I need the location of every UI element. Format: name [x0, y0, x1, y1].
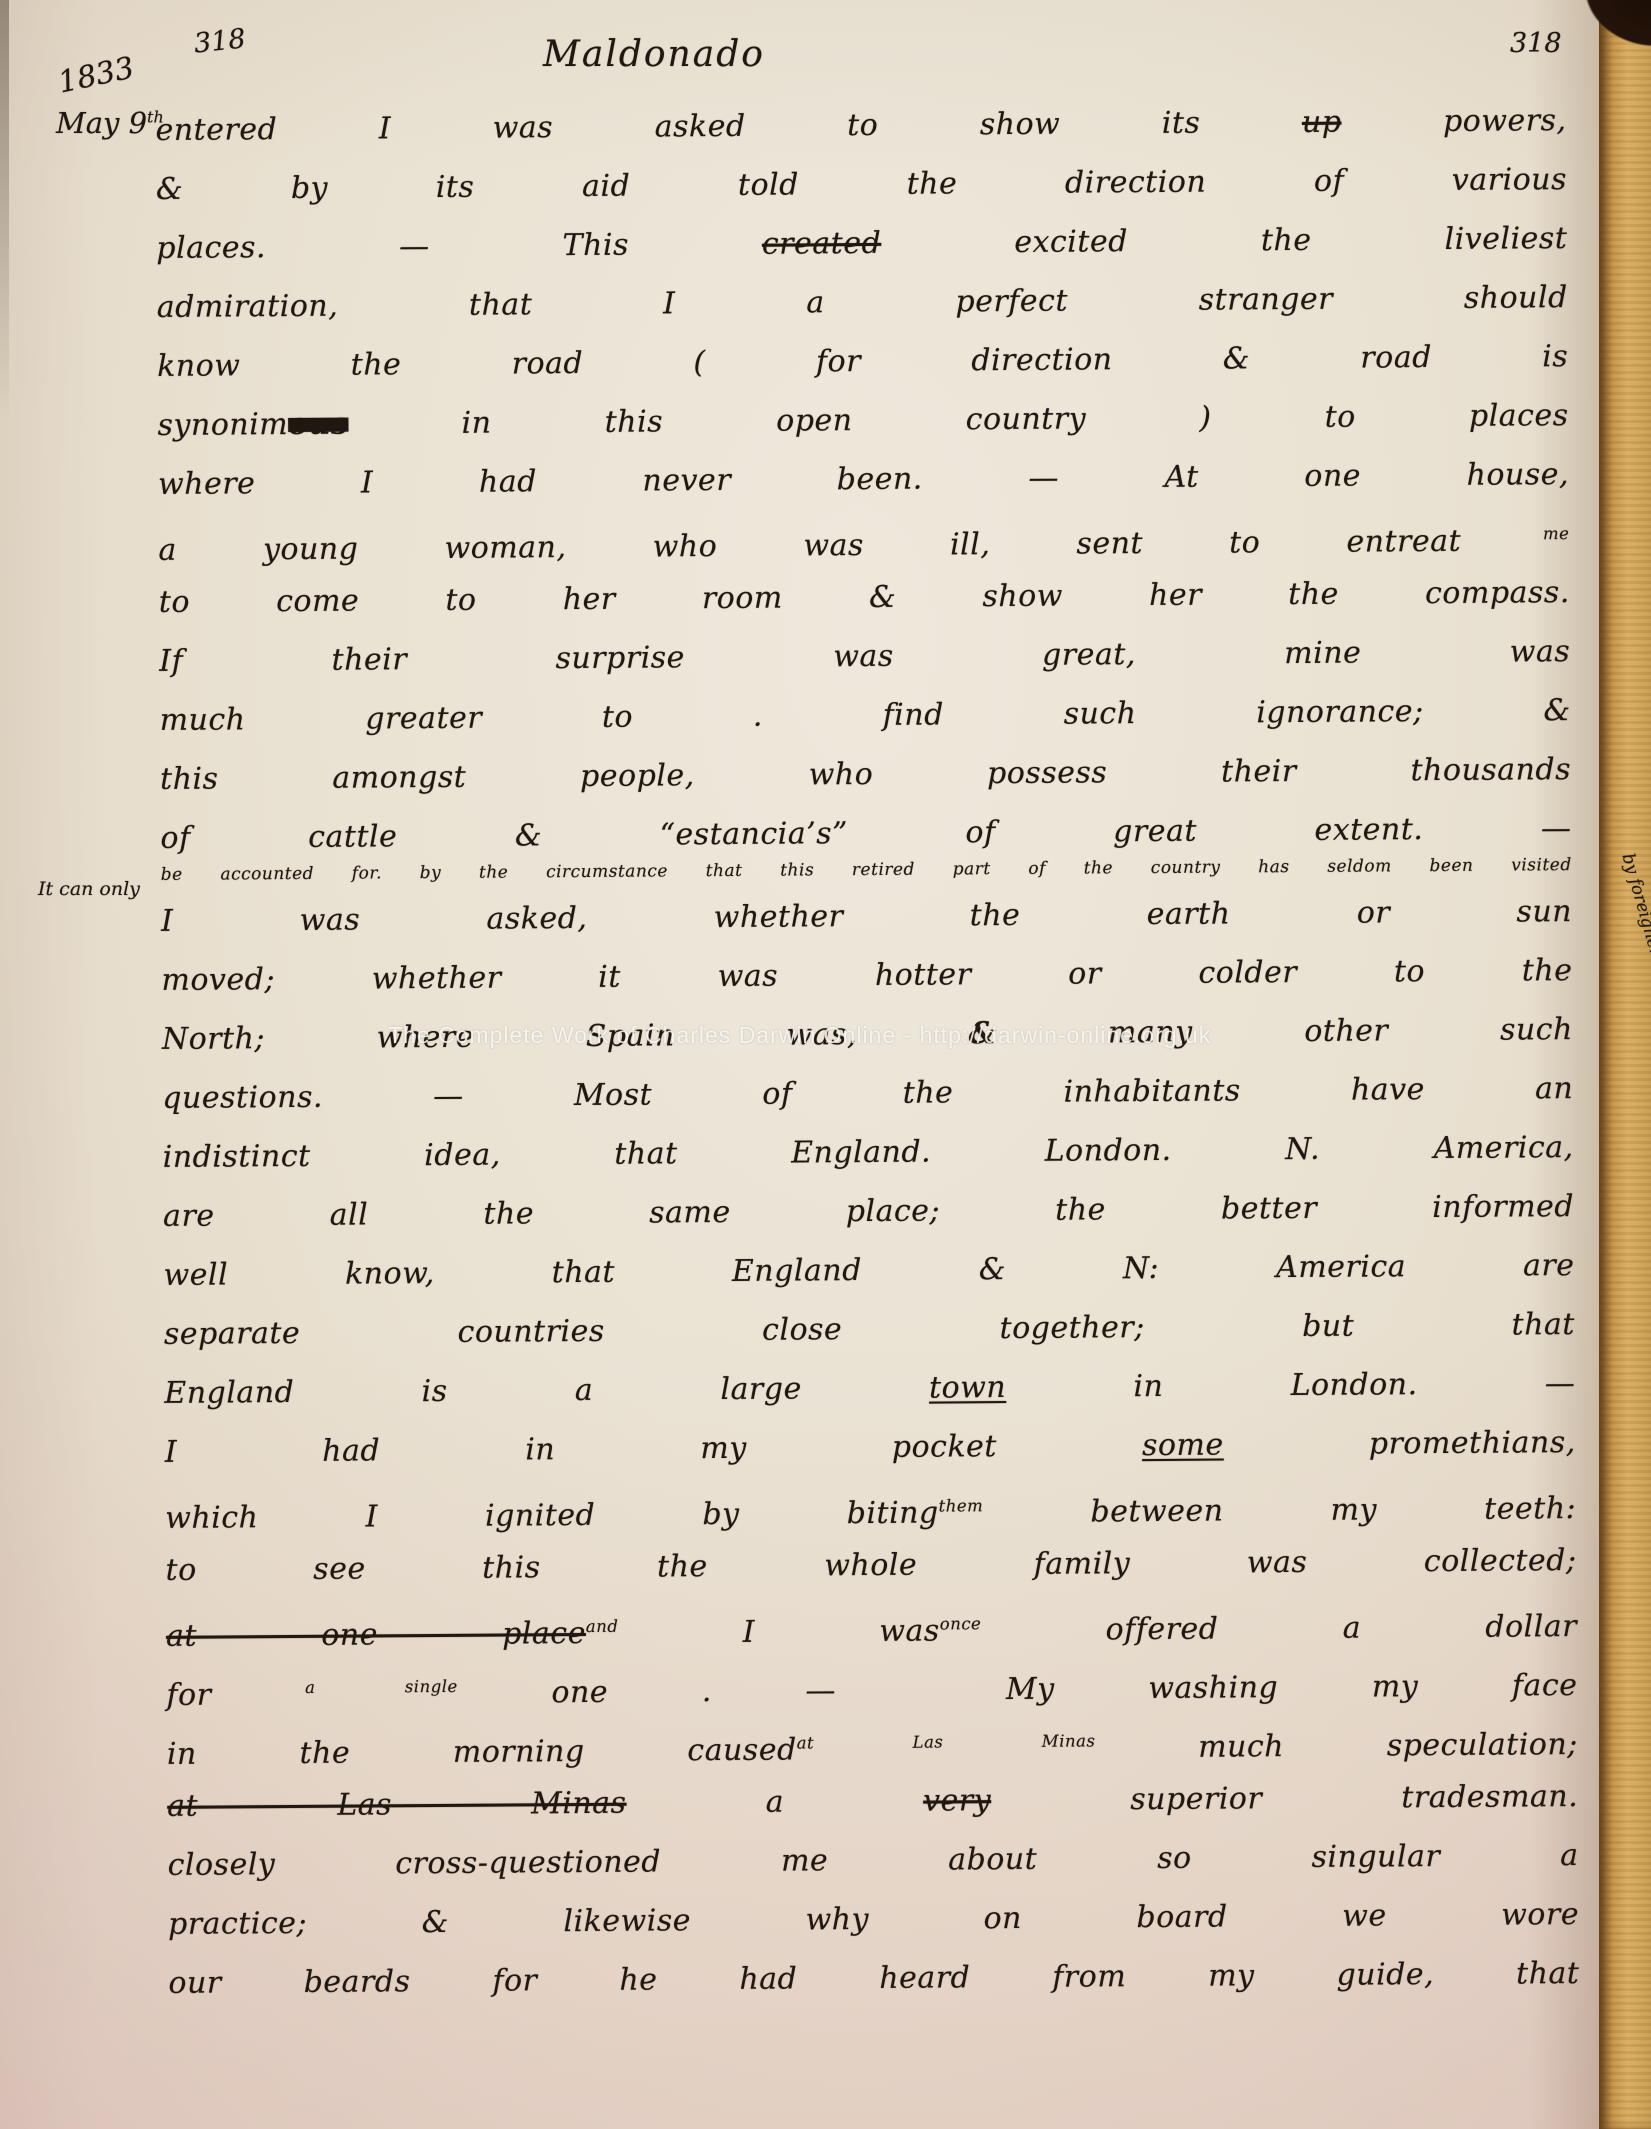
manuscript-text-segment: questions. — Most of the inhabitants hav…: [162, 1071, 1573, 1116]
page-title: Maldonado: [543, 34, 765, 75]
manuscript-text-segment: much speculation;: [1095, 1727, 1578, 1765]
manuscript-line: practice; & likewise why on board we wor…: [168, 1887, 1579, 1956]
manuscript-line: I had in my pocket some promethians,: [165, 1415, 1576, 1484]
manuscript-text-segment: superior tradesman.: [991, 1779, 1578, 1818]
manuscript-text-segment: If their surprise was great, mine was: [159, 634, 1570, 679]
watermark-text: The Complete Work of Charles Darwin Onli…: [388, 1022, 1211, 1049]
manuscript-text-segment: ous: [288, 407, 348, 442]
manuscript-text-segment: up: [1302, 105, 1342, 140]
manuscript-text-segment: at Las Minas: [797, 1731, 1096, 1752]
manuscript-lines: entered I was asked to show its up power…: [155, 93, 1579, 2015]
manuscript-line: our beards for he had heard from my guid…: [168, 1946, 1579, 2015]
manuscript-text-segment: moved; whether it was hotter or colder t…: [161, 953, 1572, 998]
manuscript-text-segment: this amongst people, who possess their t…: [160, 752, 1571, 797]
manuscript-text-segment: much greater to . find such ignorance; &: [160, 693, 1571, 738]
manuscript-line: in the morning causedat Las Minas much s…: [167, 1710, 1578, 1779]
manuscript-line: closely cross-questioned me about so sin…: [167, 1828, 1578, 1897]
manuscript-text-segment: entered I was asked to show its: [155, 105, 1302, 148]
margin-note: It can only: [38, 878, 140, 900]
manuscript-text-segment: synonim: [157, 407, 288, 443]
manuscript-text-segment: of cattle & “estancia’s” of great extent…: [160, 811, 1571, 856]
manuscript-text-segment: town: [929, 1370, 1006, 1406]
manuscript-line: to see this the whole family was collect…: [165, 1533, 1576, 1602]
year-label: 1833: [55, 50, 137, 100]
manuscript-text-segment: to see this the whole family was collect…: [165, 1543, 1576, 1588]
manuscript-text-segment: very: [923, 1783, 991, 1818]
page-number-right: 318: [1510, 28, 1562, 59]
manuscript-text-segment: a young woman, who was ill, sent to entr…: [158, 524, 1461, 568]
manuscript-line: I was asked, whether the earth or sun: [161, 884, 1572, 953]
manuscript-text-segment: promethians,: [1224, 1425, 1576, 1462]
manuscript-text-segment: at Las Minas: [167, 1786, 627, 1824]
manuscript-line: well know, that England & N: America are: [163, 1238, 1574, 1307]
manuscript-text-segment: me: [1461, 524, 1569, 544]
manuscript-text-segment: I was asked, whether the earth or sun: [161, 894, 1572, 939]
manuscript-line: for a single one . —My washing my face: [166, 1651, 1577, 1720]
manuscript-line: admiration, that I a perfect stranger sh…: [157, 270, 1568, 339]
manuscript-text-segment: England is a large: [164, 1371, 929, 1411]
margin-date-text: May 9: [56, 106, 147, 140]
manuscript-text-segment: some: [1142, 1428, 1224, 1464]
manuscript-text-segment: admiration, that I a perfect stranger sh…: [157, 280, 1568, 325]
manuscript-text-segment: at one place: [166, 1616, 586, 1654]
manuscript-text-segment: My washing my face: [1006, 1668, 1578, 1707]
manuscript-line: synonimous in this open country ) to pla…: [157, 388, 1568, 457]
manuscript-text-segment: a single: [305, 1677, 458, 1697]
manuscript-line: much greater to . find such ignorance; &: [159, 683, 1570, 752]
manuscript-line: England is a large town in London. —: [164, 1356, 1575, 1425]
manuscript-text-segment: practice; & likewise why on board we wor…: [168, 1897, 1579, 1942]
manuscript-text-segment: a: [626, 1784, 923, 1821]
manuscript-text-segment: our beards for he had heard from my guid…: [168, 1956, 1579, 2001]
manuscript-line: indistinct idea, that England. London. N…: [163, 1120, 1574, 1189]
manuscript-text-segment: them: [939, 1496, 984, 1515]
manuscript-line: If their surprise was great, mine was: [159, 624, 1570, 693]
manuscript-line: moved; whether it was hotter or colder t…: [161, 943, 1572, 1012]
manuscript-line: entered I was asked to show its up power…: [155, 93, 1566, 162]
page-number-left: 318: [193, 23, 248, 59]
manuscript-text-segment: in this open country ) to places: [348, 398, 1568, 442]
manuscript-line: which I ignited by bitingthem between my…: [165, 1474, 1576, 1543]
margin-date: May 9th: [56, 106, 164, 140]
manuscript-text-segment: places. — This: [156, 227, 762, 266]
manuscript-text-segment: closely cross-questioned me about so sin…: [168, 1838, 1579, 1883]
manuscript-text-segment: and: [586, 1617, 619, 1636]
book-page-edges: [1599, 0, 1651, 2129]
manuscript-line: questions. — Most of the inhabitants hav…: [162, 1061, 1573, 1130]
page-left-edge-shadow: [0, 0, 9, 420]
manuscript-text-segment: powers,: [1341, 103, 1566, 140]
manuscript-line: places. — This created excited the livel…: [156, 211, 1567, 280]
manuscript-text-segment: I was: [618, 1614, 940, 1651]
manuscript-text-segment: to come to her room & show her the compa…: [159, 575, 1570, 620]
manuscript-text-segment: offered a dollar: [981, 1609, 1577, 1648]
manuscript-line: to come to her room & show her the compa…: [159, 565, 1570, 634]
manuscript-text-segment: indistinct idea, that England. London. N…: [163, 1130, 1574, 1175]
manuscript-line: & by its aid told the direction of vario…: [156, 152, 1567, 221]
manuscript-text-segment: are all the same place; the better infor…: [163, 1189, 1574, 1234]
manuscript-line: where I had never been. — At one house,: [158, 447, 1569, 516]
manuscript-line: at Las Minas a very superior tradesman.: [167, 1769, 1578, 1838]
manuscript-text-segment: created: [762, 226, 882, 262]
manuscript-text-segment: one . —: [458, 1673, 836, 1711]
manuscript-text-segment: I had in my pocket: [165, 1428, 1142, 1470]
manuscript-text-segment: which I ignited by biting: [165, 1496, 939, 1536]
manuscript-text-segment: separate countries close together; but t…: [164, 1307, 1575, 1352]
manuscript-text-segment: be accounted for. by the circumstance th…: [161, 855, 1572, 885]
manuscript-text-segment: once: [940, 1614, 982, 1633]
manuscript-text-segment: & by its aid told the direction of vario…: [156, 162, 1567, 207]
manuscript-text-segment: for: [166, 1677, 305, 1713]
manuscript-text-segment: well know, that England & N: America are: [163, 1248, 1574, 1293]
manuscript-text-segment: know the road ( for direction & road is: [157, 339, 1568, 384]
manuscript-line: separate countries close together; but t…: [164, 1297, 1575, 1366]
manuscript-line: a young woman, who was ill, sent to entr…: [158, 506, 1569, 575]
manuscript-text-segment: where I had never been. — At one house,: [158, 457, 1569, 502]
manuscript-text-segment: in London. —: [1006, 1366, 1575, 1405]
manuscript-line: this amongst people, who possess their t…: [160, 742, 1571, 811]
manuscript-text-segment: [836, 1699, 1006, 1700]
manuscript-page: 1833 318 Maldonado 318 May 9th It can on…: [0, 0, 1651, 2129]
manuscript-text-segment: excited the liveliest: [881, 221, 1567, 261]
manuscript-text-segment: between my teeth:: [983, 1491, 1576, 1530]
manuscript-line: know the road ( for direction & road is: [157, 329, 1568, 398]
manuscript-text-segment: in the morning caused: [167, 1733, 797, 1772]
manuscript-line: at one placeand I wasonce offered a doll…: [166, 1592, 1577, 1661]
manuscript-line: are all the same place; the better infor…: [163, 1179, 1574, 1248]
